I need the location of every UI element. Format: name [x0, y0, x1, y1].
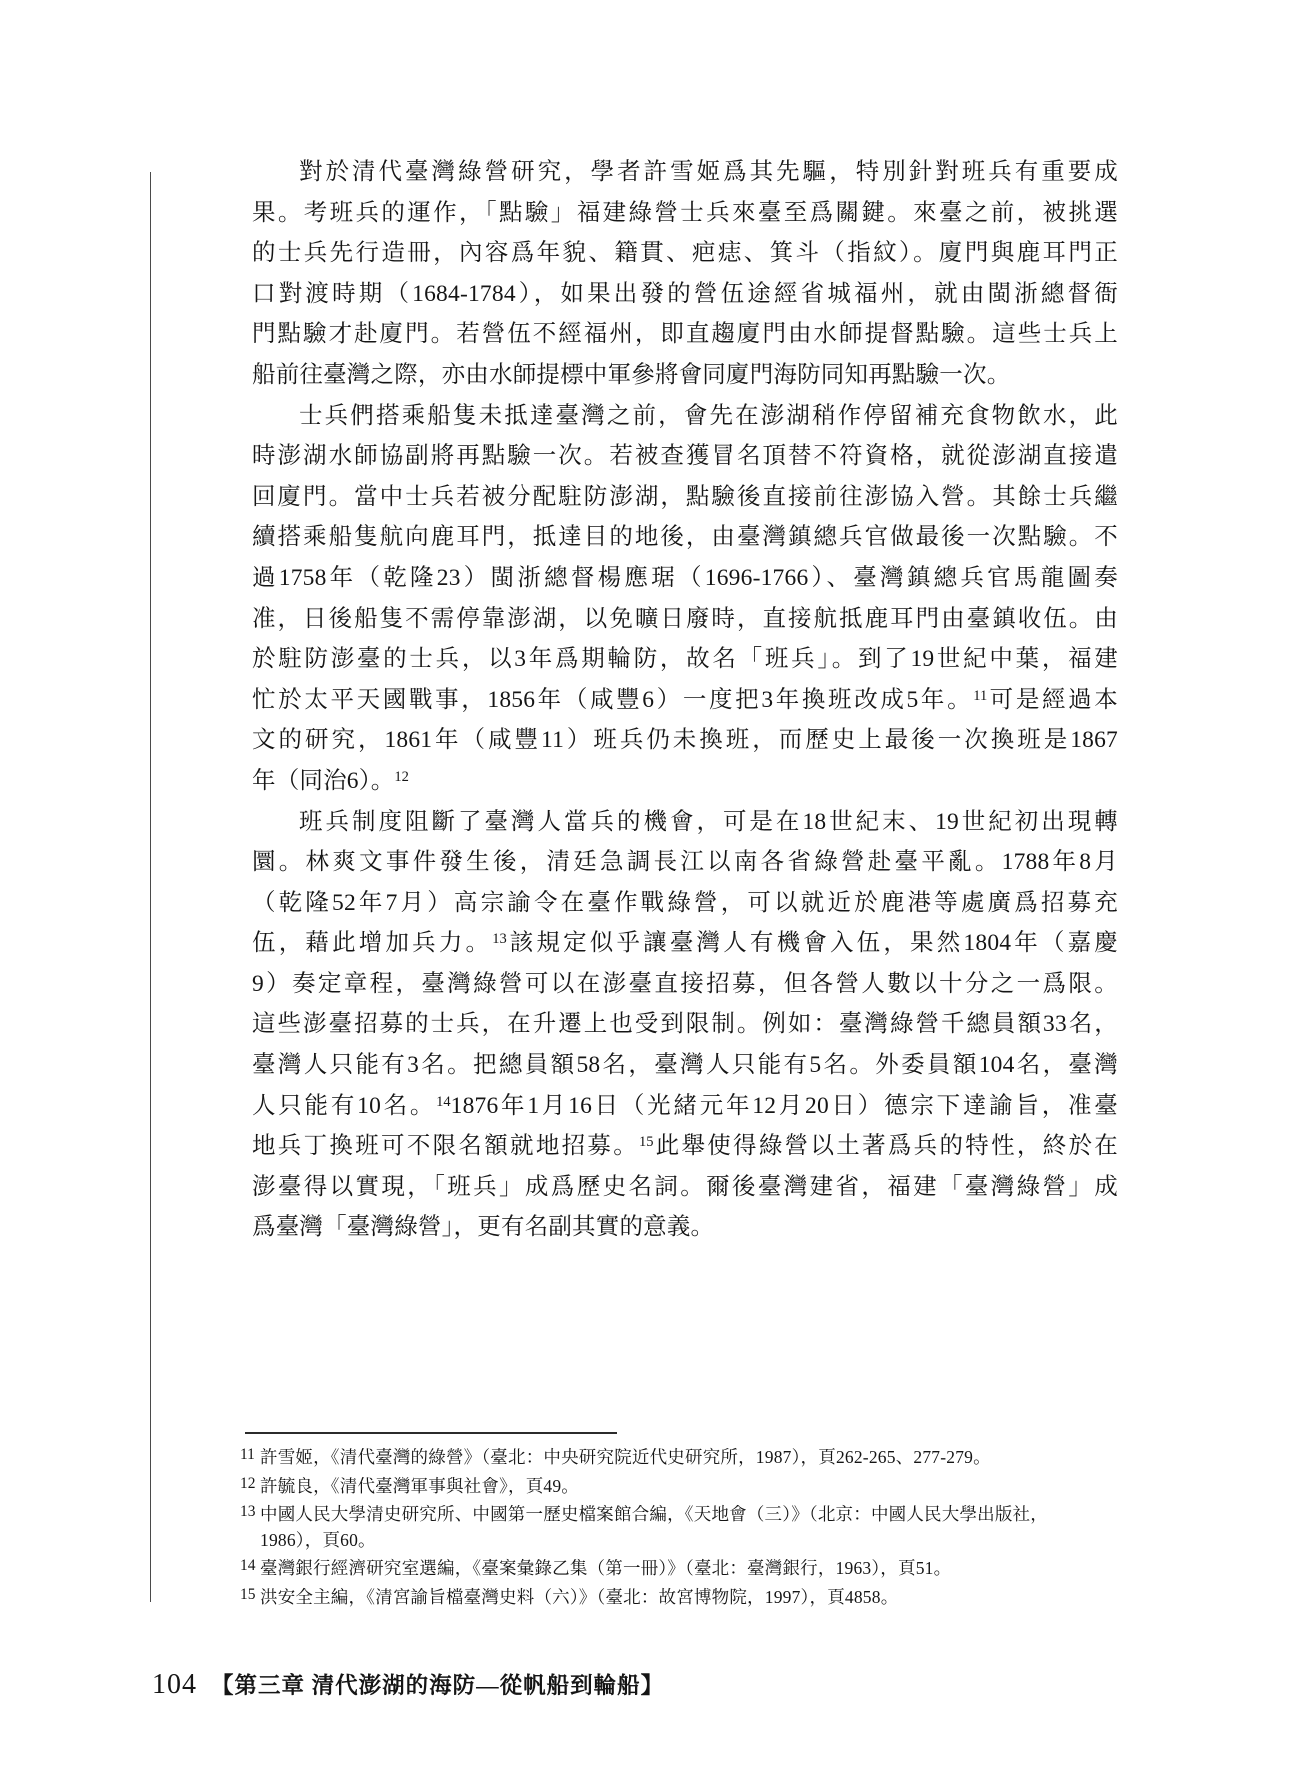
footnote: 15洪安全主編，《清宮諭旨檔臺灣史料（六）》（臺北：故宮博物院，1997），頁4… — [240, 1582, 1145, 1611]
body-line: （乾隆52年7月）高宗諭令在臺作戰綠營，可以就近於鹿港等處廣爲招募充 — [252, 883, 1118, 924]
footnote: 13中國人民大學清史研究所、中國第一歷史檔案館合編，《天地會（三）》（北京：中國… — [240, 1499, 1145, 1553]
body-line: 臺灣人只能有3名。把總員額58名，臺灣人只能有5名。外委員額104名，臺灣 — [252, 1045, 1118, 1086]
body-line: 船前往臺灣之際，亦由水師提標中軍參將會同廈門海防同知再點驗一次。 — [252, 355, 1118, 396]
footnote-ref: 11 — [973, 688, 987, 704]
footnote: 11許雪姬，《清代臺灣的綠營》（臺北：中央研究院近代史研究所，1987），頁26… — [240, 1442, 1145, 1471]
footnote-number: 12 — [240, 1471, 260, 1497]
body-line: 過1758年（乾隆23）閩浙總督楊應琚（1696-1766）、臺灣鎮總兵官馬龍圖… — [252, 558, 1118, 599]
body-line: 回廈門。當中士兵若被分配駐防澎湖，點驗後直接前往澎協入營。其餘士兵繼 — [252, 477, 1118, 518]
body-line: 時澎湖水師協副將再點驗一次。若被查獲冒名頂替不符資格，就從澎湖直接遣 — [252, 436, 1118, 477]
footnote: 14臺灣銀行經濟研究室選編，《臺案彙錄乙集（第一冊）》（臺北：臺灣銀行，1963… — [240, 1553, 1145, 1582]
body-line: 於駐防澎臺的士兵，以3年爲期輪防，故名「班兵」。到了19世紀中葉，福建 — [252, 639, 1118, 680]
footnote-separator — [245, 1432, 617, 1434]
footnote-line: 13中國人民大學清史研究所、中國第一歷史檔案館合編，《天地會（三）》（北京：中國… — [260, 1499, 1145, 1528]
body-line: 口對渡時期（1684-1784），如果出發的營伍途經省城福州，就由閩浙總督衙 — [252, 274, 1118, 315]
body-line: 爲臺灣「臺灣綠營」，更有名副其實的意義。 — [252, 1207, 1118, 1248]
body-line: 果。考班兵的運作，「點驗」福建綠營士兵來臺至爲關鍵。來臺之前，被挑選 — [252, 193, 1118, 234]
footnote-ref: 13 — [492, 931, 507, 947]
book-page: 對於清代臺灣綠營研究，學者許雪姬爲其先驅，特別針對班兵有重要成果。考班兵的運作，… — [0, 0, 1300, 1778]
body-line: 年（同治6）。12 — [252, 761, 1118, 802]
body-line: 續搭乘船隻航向鹿耳門，抵達目的地後，由臺灣鎮總兵官做最後一次點驗。不 — [252, 517, 1118, 558]
body-line: 對於清代臺灣綠營研究，學者許雪姬爲其先驅，特別針對班兵有重要成 — [252, 152, 1118, 193]
body-line: 班兵制度阻斷了臺灣人當兵的機會，可是在18世紀末、19世紀初出現轉 — [252, 802, 1118, 843]
footnote-ref: 12 — [394, 769, 409, 785]
footnote-number: 11 — [240, 1442, 260, 1468]
body-line: 門點驗才赴廈門。若營伍不經福州，即直趨廈門由水師提督點驗。這些士兵上 — [252, 314, 1118, 355]
body-line: 地兵丁換班可不限名額就地招募。15此舉使得綠營以土著爲兵的特性，終於在 — [252, 1126, 1118, 1167]
footnote-line: 11許雪姬，《清代臺灣的綠營》（臺北：中央研究院近代史研究所，1987），頁26… — [260, 1442, 1145, 1471]
footnote-ref: 15 — [639, 1134, 654, 1150]
footnote-number: 13 — [240, 1499, 260, 1525]
footnote-number: 14 — [240, 1553, 260, 1579]
footnotes-section: 11許雪姬，《清代臺灣的綠營》（臺北：中央研究院近代史研究所，1987），頁26… — [240, 1442, 1145, 1611]
body-line: 文的研究，1861年（咸豐11）班兵仍未換班，而歷史上最後一次換班是1867 — [252, 720, 1118, 761]
footnote-line: 1986），頁60。 — [260, 1528, 1145, 1554]
body-line: 准，日後船隻不需停靠澎湖，以免曠日廢時，直接航抵鹿耳門由臺鎮收伍。由 — [252, 599, 1118, 640]
body-line: 伍，藉此增加兵力。13該規定似乎讓臺灣人有機會入伍，果然1804年（嘉慶 — [252, 923, 1118, 964]
body-line: 9）奏定章程，臺灣綠營可以在澎臺直接招募，但各營人數以十分之一爲限。 — [252, 964, 1118, 1005]
body-line: 圜。林爽文事件發生後，清廷急調長江以南各省綠營赴臺平亂。1788年8月 — [252, 842, 1118, 883]
page-footer: 104 【第三章 清代澎湖的海防—從帆船到輪船】 — [152, 1668, 664, 1701]
body-line: 忙於太平天國戰事，1856年（咸豐6）一度把3年換班改成5年。11可是經過本 — [252, 680, 1118, 721]
body-line: 士兵們搭乘船隻未抵達臺灣之前，會先在澎湖稍作停留補充食物飲水，此 — [252, 396, 1118, 437]
footnote-ref: 14 — [436, 1094, 451, 1110]
footnote-line: 14臺灣銀行經濟研究室選編，《臺案彙錄乙集（第一冊）》（臺北：臺灣銀行，1963… — [260, 1553, 1145, 1582]
footnote-line: 12許毓良，《清代臺灣軍事與社會》，頁49。 — [260, 1471, 1145, 1500]
left-margin-rule — [150, 172, 151, 1602]
footnote-number: 15 — [240, 1582, 260, 1608]
page-number: 104 — [152, 1669, 197, 1701]
body-line: 的士兵先行造冊，內容爲年貌、籍貫、疤痣、箕斗（指紋）。廈門與鹿耳門正 — [252, 233, 1118, 274]
body-text: 對於清代臺灣綠營研究，學者許雪姬爲其先驅，特別針對班兵有重要成果。考班兵的運作，… — [252, 152, 1118, 1248]
body-line: 這些澎臺招募的士兵，在升遷上也受到限制。例如：臺灣綠營千總員額33名， — [252, 1004, 1118, 1045]
chapter-title: 【第三章 清代澎湖的海防—從帆船到輪船】 — [211, 1668, 664, 1700]
footnote: 12許毓良，《清代臺灣軍事與社會》，頁49。 — [240, 1471, 1145, 1500]
body-line: 澎臺得以實現，「班兵」成爲歷史名詞。爾後臺灣建省，福建「臺灣綠營」成 — [252, 1167, 1118, 1208]
footnote-line: 15洪安全主編，《清宮諭旨檔臺灣史料（六）》（臺北：故宮博物院，1997），頁4… — [260, 1582, 1145, 1611]
body-line: 人只能有10名。141876年1月16日（光緒元年12月20日）德宗下達諭旨，准… — [252, 1086, 1118, 1127]
